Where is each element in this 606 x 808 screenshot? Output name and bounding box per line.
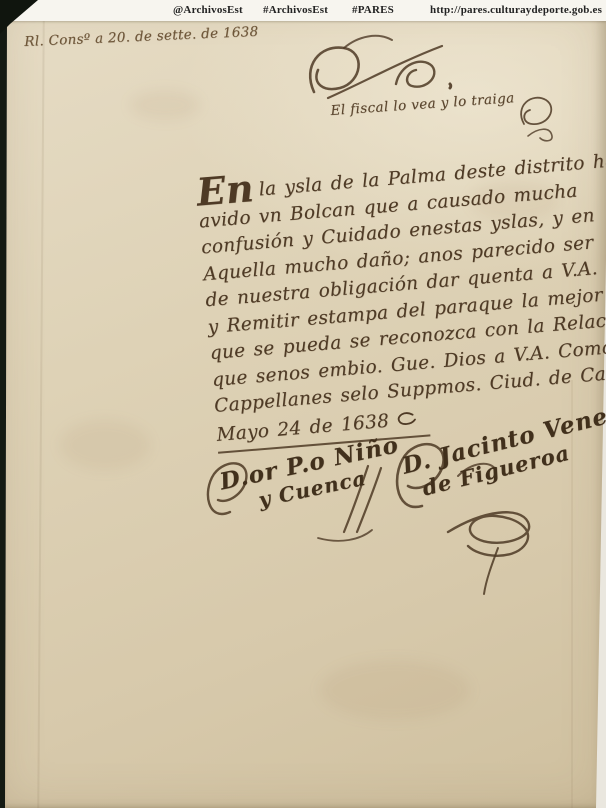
attribution-hashtag-pares: #PARES (352, 0, 394, 21)
paper-stain (320, 660, 470, 720)
paper-stain (60, 420, 150, 470)
attribution-handle: @ArchivosEst (173, 0, 243, 21)
paper-stain (130, 90, 200, 120)
letter-body: Enla ysla de la Palma deste distrito ha … (196, 150, 606, 454)
document-scan: @ArchivosEst #ArchivosEst #PARES http://… (0, 0, 606, 808)
attribution-url: http://pares.culturaydeporte.gob.es (430, 0, 602, 21)
attribution-hashtag-archivos: #ArchivosEst (263, 0, 328, 21)
fiscal-rubric-flourish (512, 90, 560, 144)
attribution-bar: @ArchivosEst #ArchivosEst #PARES http://… (0, 0, 606, 21)
etcetera-flourish (394, 410, 419, 428)
council-rubric-flourish (300, 26, 464, 106)
